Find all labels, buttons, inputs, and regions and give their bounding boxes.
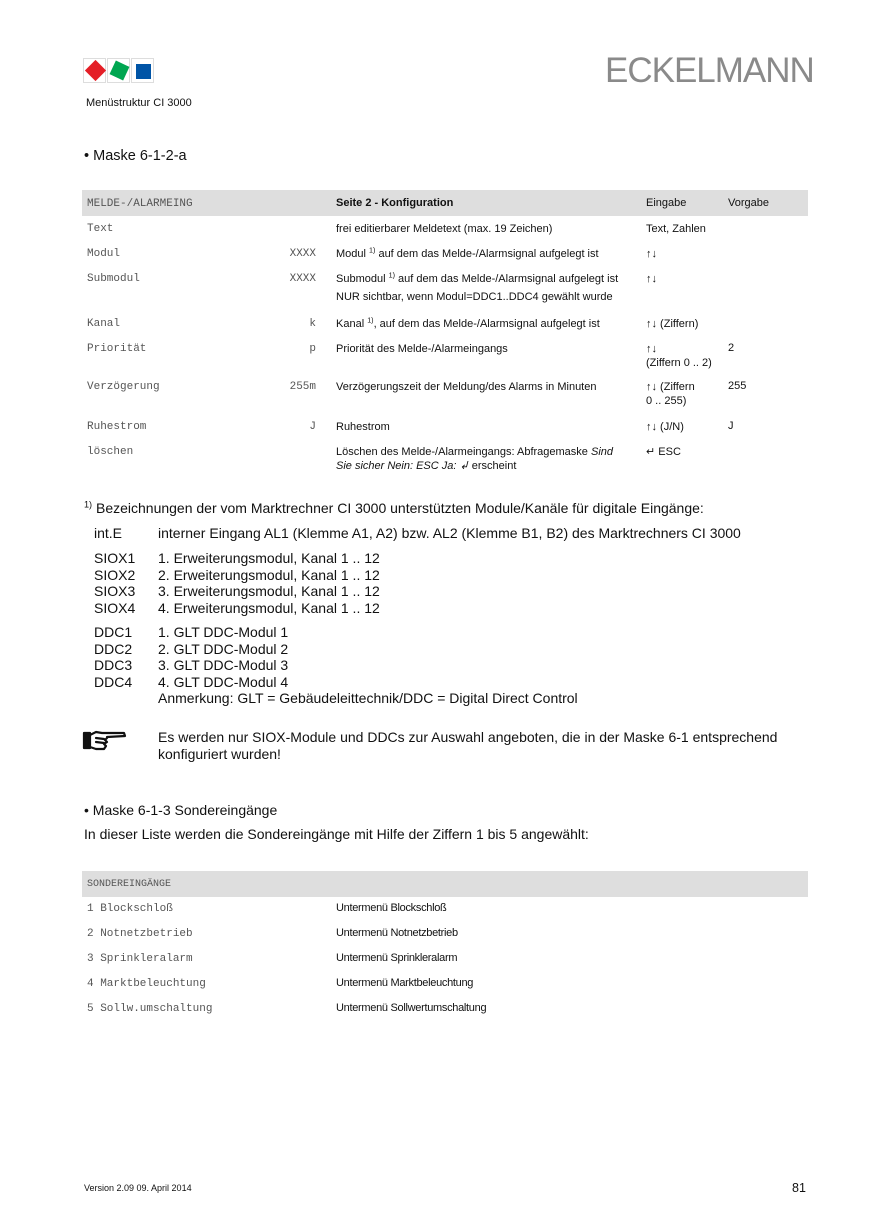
row-description: frei editierbarer Meldetext (max. 19 Zei… bbox=[336, 222, 636, 236]
row-description: Löschen des Melde-/Alarmeingangs: Abfrag… bbox=[336, 445, 636, 473]
row-description: Untermenü Sprinkleralarm bbox=[336, 952, 457, 964]
row-description: Priorität des Melde-/Alarmeingangs bbox=[336, 342, 636, 356]
menu-item-sollwertumschaltung[interactable]: 5 Sollw.umschaltung Untermenü Sollwertum… bbox=[82, 1000, 808, 1025]
melde-alarm-table: MELDE-/ALARMEING Seite 2 - Konfiguration… bbox=[82, 190, 808, 480]
footnote-title: 1) Bezeichnungen der vom Marktrechner CI… bbox=[84, 500, 704, 516]
page-number: 81 bbox=[792, 1181, 806, 1195]
row-value: p bbox=[309, 343, 316, 355]
row-description: Untermenü Notnetzbetrieb bbox=[336, 927, 458, 939]
footnote-item-internal: int.E interner Eingang AL1 (Klemme A1, A… bbox=[94, 525, 814, 542]
row-name: 4 Marktbeleuchtung bbox=[87, 978, 206, 990]
document-subtitle: Menüstruktur CI 3000 bbox=[86, 97, 192, 109]
module-key: int.E bbox=[94, 525, 122, 542]
header-description: Seite 2 - Konfiguration bbox=[336, 197, 453, 209]
logo-blue-square-icon bbox=[131, 58, 154, 83]
row-name: Priorität bbox=[87, 343, 146, 355]
row-name: löschen bbox=[87, 446, 133, 458]
note-text: Es werden nur SIOX-Module und DDCs zur A… bbox=[158, 729, 818, 762]
row-input: ↑↓ bbox=[646, 247, 726, 261]
header-default: Vorgabe bbox=[728, 197, 769, 209]
pointing-hand-icon bbox=[82, 727, 128, 753]
row-name: Kanal bbox=[87, 318, 120, 330]
menu-item-sprinkleralarm[interactable]: 3 Sprinkleralarm Untermenü Sprinkleralar… bbox=[82, 950, 808, 975]
row-name: 1 Blockschloß bbox=[87, 903, 173, 915]
row-description: Untermenü Marktbeleuchtung bbox=[336, 977, 473, 989]
footnote-text: Bezeichnungen der vom Marktrechner CI 30… bbox=[92, 500, 704, 516]
siox-list: SIOX11. Erweiterungsmodul, Kanal 1 .. 12… bbox=[94, 550, 814, 620]
row-description: Verzögerungszeit der Meldung/des Alarms … bbox=[336, 380, 636, 394]
section2-title: Maske 6-1-3 Sondereingänge bbox=[93, 802, 277, 818]
row-input: ↵ ESC bbox=[646, 445, 726, 459]
row-name: Modul bbox=[87, 248, 120, 260]
table-header: SONDEREINGÄNGE bbox=[82, 871, 808, 897]
row-value: XXXX bbox=[290, 248, 316, 260]
logo-green-diamond-icon bbox=[107, 58, 130, 83]
header-input: Eingabe bbox=[646, 197, 686, 209]
section2-heading: • Maske 6-1-3 Sondereingänge bbox=[84, 802, 277, 818]
row-name: Verzögerung bbox=[87, 381, 160, 393]
row-description: Untermenü Blockschloß bbox=[336, 902, 446, 914]
row-default: 2 bbox=[728, 342, 734, 354]
row-description: Ruhestrom bbox=[336, 420, 636, 434]
section1-heading: • Maske 6-1-2-a bbox=[84, 148, 187, 164]
row-description: Submodul 1) auf dem das Melde-/Alarmsign… bbox=[336, 272, 636, 304]
row-default: J bbox=[728, 420, 734, 432]
footer-version: Version 2.09 09. April 2014 bbox=[84, 1183, 192, 1193]
row-name: Text bbox=[87, 223, 113, 235]
note-line: Es werden nur SIOX-Module und DDCs zur A… bbox=[158, 729, 818, 746]
row-name: Submodul bbox=[87, 273, 140, 285]
header-name: SONDEREINGÄNGE bbox=[87, 879, 171, 890]
menu-item-blockschloss[interactable]: 1 Blockschloß Untermenü Blockschloß bbox=[82, 900, 808, 925]
row-input: ↑↓ (Ziffern) bbox=[646, 317, 726, 331]
logo-red-diamond-icon bbox=[83, 58, 106, 83]
menu-item-marktbeleuchtung[interactable]: 4 Marktbeleuchtung Untermenü Marktbeleuc… bbox=[82, 975, 808, 1000]
section1-title: Maske 6-1-2-a bbox=[93, 148, 186, 164]
ddc-list: DDC11. GLT DDC-Modul 1 DDC22. GLT DDC-Mo… bbox=[94, 624, 814, 714]
header-name: MELDE-/ALARMEING bbox=[87, 198, 193, 210]
table-header: MELDE-/ALARMEING Seite 2 - Konfiguration… bbox=[82, 190, 808, 216]
row-name: 5 Sollw.umschaltung bbox=[87, 1003, 212, 1015]
sondereingaenge-table: SONDEREINGÄNGE 1 Blockschloß Untermenü B… bbox=[82, 871, 808, 1031]
note-line: konfiguriert wurden! bbox=[158, 746, 818, 763]
footnote-marker: 1) bbox=[84, 499, 92, 509]
row-value: 255m bbox=[290, 381, 316, 393]
row-name: 2 Notnetzbetrieb bbox=[87, 928, 193, 940]
row-value: J bbox=[309, 421, 316, 433]
row-default: 255 bbox=[728, 380, 746, 392]
row-input: ↑↓(Ziffern 0 .. 2) bbox=[646, 342, 726, 370]
row-input: ↑↓ (Ziffern0 .. 255) bbox=[646, 380, 726, 408]
row-value: XXXX bbox=[290, 273, 316, 285]
row-description: Modul 1) auf dem das Melde-/Alarmsignal … bbox=[336, 247, 636, 261]
module-desc: interner Eingang AL1 (Klemme A1, A2) bzw… bbox=[158, 525, 741, 542]
row-value: k bbox=[309, 318, 316, 330]
row-description: Untermenü Sollwertumschaltung bbox=[336, 1002, 486, 1014]
bullet: • bbox=[84, 802, 89, 818]
row-input: Text, Zahlen bbox=[646, 222, 726, 236]
bullet: • bbox=[84, 148, 89, 164]
row-name: Ruhestrom bbox=[87, 421, 146, 433]
row-input: ↑↓ bbox=[646, 272, 726, 286]
eckelmann-logo bbox=[83, 58, 156, 83]
row-input: ↑↓ (J/N) bbox=[646, 420, 726, 434]
row-description: Kanal 1), auf dem das Melde-/Alarmsignal… bbox=[336, 317, 636, 331]
brand-name: ECKELMANN bbox=[605, 51, 814, 91]
section2-intro: In dieser Liste werden die Sondereingäng… bbox=[84, 826, 589, 842]
menu-item-notnetzbetrieb[interactable]: 2 Notnetzbetrieb Untermenü Notnetzbetrie… bbox=[82, 925, 808, 950]
row-name: 3 Sprinkleralarm bbox=[87, 953, 193, 965]
